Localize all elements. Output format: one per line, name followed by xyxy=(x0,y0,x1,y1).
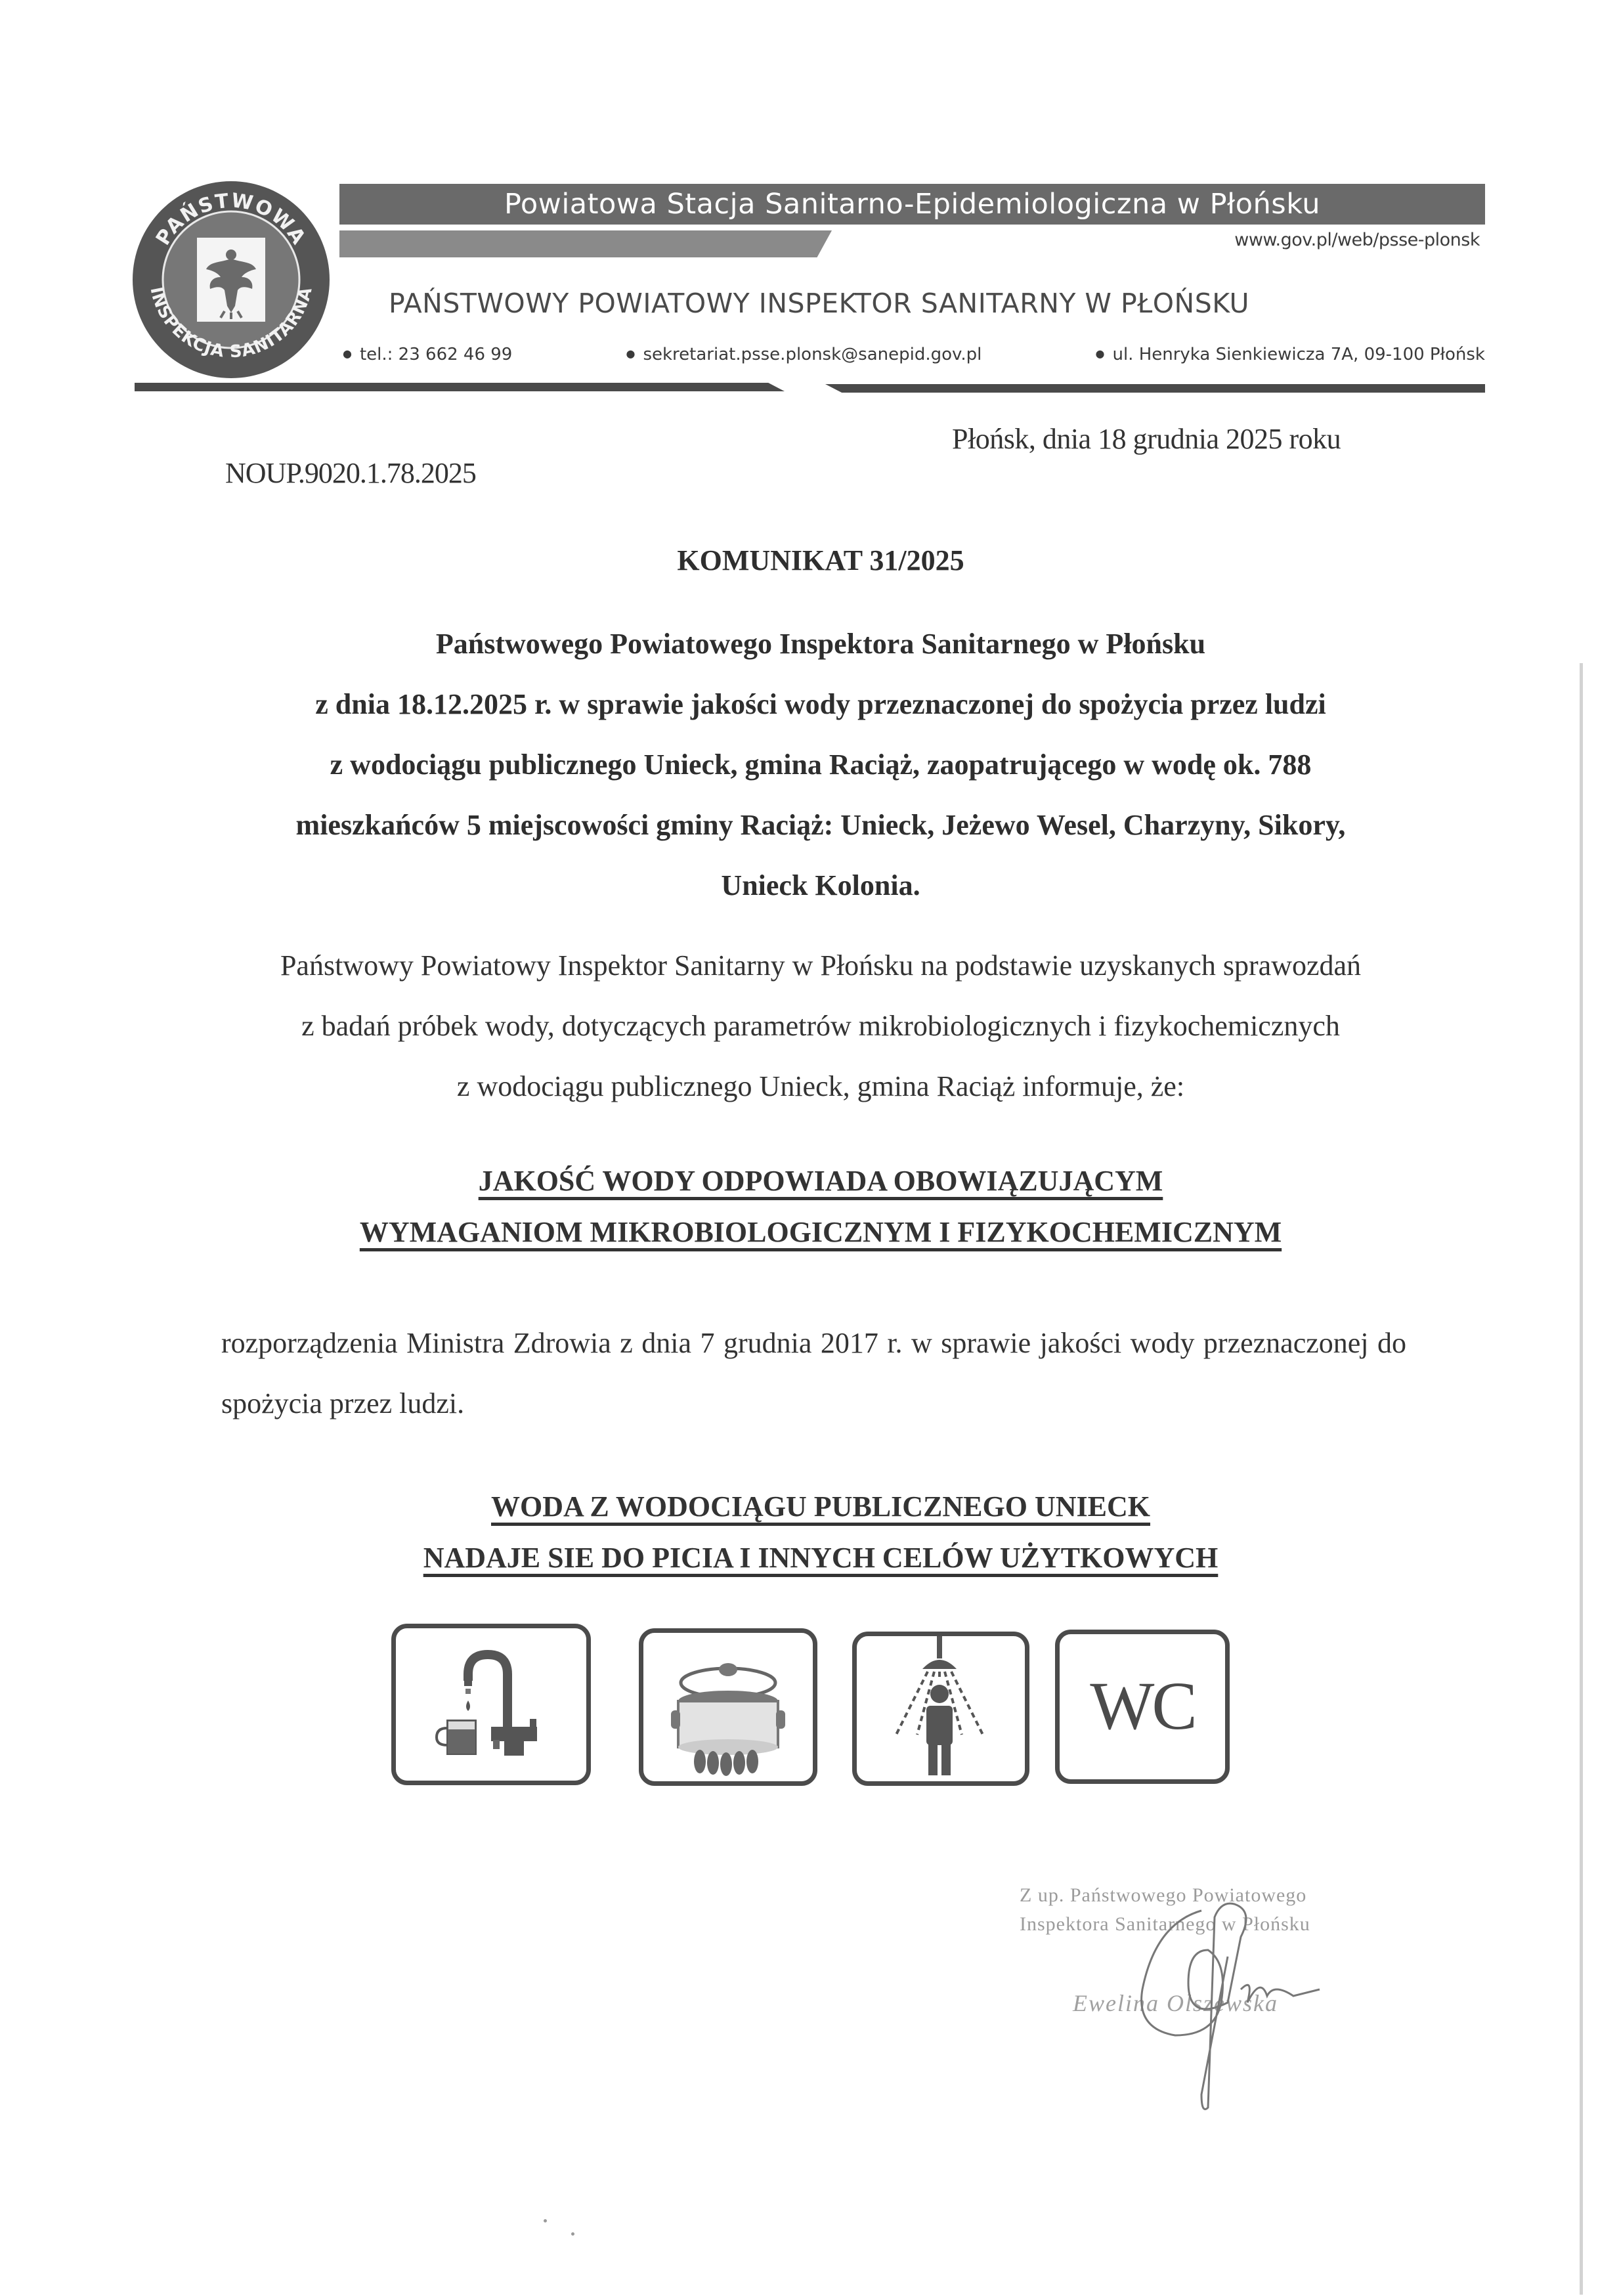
regulation-reference: rozporządzenia Ministra Zdrowia z dnia 7… xyxy=(221,1313,1406,1434)
intro-paragraph: Państwowy Powiatowy Inspektor Sanitarny … xyxy=(197,936,1444,1117)
handwritten-signature-icon xyxy=(1103,1897,1392,2114)
sanitary-inspection-seal-icon: PAŃSTWOWA INSPEKCJA SANITARNA xyxy=(129,177,334,382)
reference-number: NOUP.9020.1.78.2025 xyxy=(225,456,476,490)
drinkability-line: WODA Z WODOCIĄGU PUBLICZNEGO UNIECK xyxy=(491,1490,1150,1523)
intro-line: z badań próbek wody, dotyczących paramet… xyxy=(197,996,1444,1056)
document-title: KOMUNIKAT 31/2025 xyxy=(197,544,1444,577)
wc-icon: WC xyxy=(1055,1630,1230,1784)
postal-address: ul. Henryka Sienkiewicza 7A, 09-100 Płoń… xyxy=(1096,345,1485,364)
subject-block: Państwowego Powiatowego Inspektora Sanit… xyxy=(197,614,1444,916)
intro-line: z wodociągu publicznego Unieck, gmina Ra… xyxy=(197,1056,1444,1117)
scan-artifact-line xyxy=(1580,663,1583,2295)
subject-line: Unieck Kolonia. xyxy=(197,856,1444,916)
drinkability-line: NADAJE SIE DO PICIA I INNYCH CELÓW UŻYTK… xyxy=(423,1542,1219,1574)
subject-line: Państwowego Powiatowego Inspektora Sanit… xyxy=(197,614,1444,674)
drinkability-statement: WODA Z WODOCIĄGU PUBLICZNEGO UNIECK NADA… xyxy=(197,1481,1444,1584)
website-link[interactable]: www.gov.pl/web/psse-plonsk xyxy=(1234,230,1480,250)
station-name: Powiatowa Stacja Sanitarno-Epidemiologic… xyxy=(339,184,1485,225)
email-address[interactable]: sekretariat.psse.plonsk@sanepid.gov.pl xyxy=(626,345,982,364)
subject-line: z wodociągu publicznego Unieck, gmina Ra… xyxy=(197,735,1444,795)
place-and-date: Płońsk, dnia 18 grudnia 2025 roku xyxy=(952,422,1341,456)
quality-verdict: JAKOŚĆ WODY ODPOWIADA OBOWIĄZUJĄCYM WYMA… xyxy=(197,1156,1444,1258)
header-divider-left xyxy=(135,383,785,391)
shower-icon xyxy=(852,1632,1029,1786)
inspection-seal: PAŃSTWOWA INSPEKCJA SANITARNA xyxy=(129,177,334,382)
verdict-line: JAKOŚĆ WODY ODPOWIADA OBOWIĄZUJĄCYM xyxy=(479,1165,1163,1197)
subject-line: z dnia 18.12.2025 r. w sprawie jakości w… xyxy=(197,674,1444,735)
scan-speck xyxy=(544,2219,547,2222)
phone-number: tel.: 23 662 46 99 xyxy=(343,345,512,364)
scan-speck xyxy=(571,2232,574,2236)
subject-line: mieszkańców 5 miejscowości gminy Raciąż:… xyxy=(197,795,1444,856)
drinking-tap-icon xyxy=(391,1624,591,1785)
header-sub-bar xyxy=(339,230,832,257)
intro-line: Państwowy Powiatowy Inspektor Sanitarny … xyxy=(197,936,1444,996)
inspector-title: PAŃSTWOWY POWIATOWY INSPEKTOR SANITARNY … xyxy=(389,288,1249,319)
wc-label: WC xyxy=(1060,1667,1225,1745)
cooking-pot-icon xyxy=(639,1628,817,1786)
verdict-line: WYMAGANIOM MIKROBIOLOGICZNYM I FIZYKOCHE… xyxy=(360,1216,1282,1248)
contact-info: tel.: 23 662 46 99 sekretariat.psse.plon… xyxy=(343,345,1485,364)
header-divider-right xyxy=(825,384,1485,393)
